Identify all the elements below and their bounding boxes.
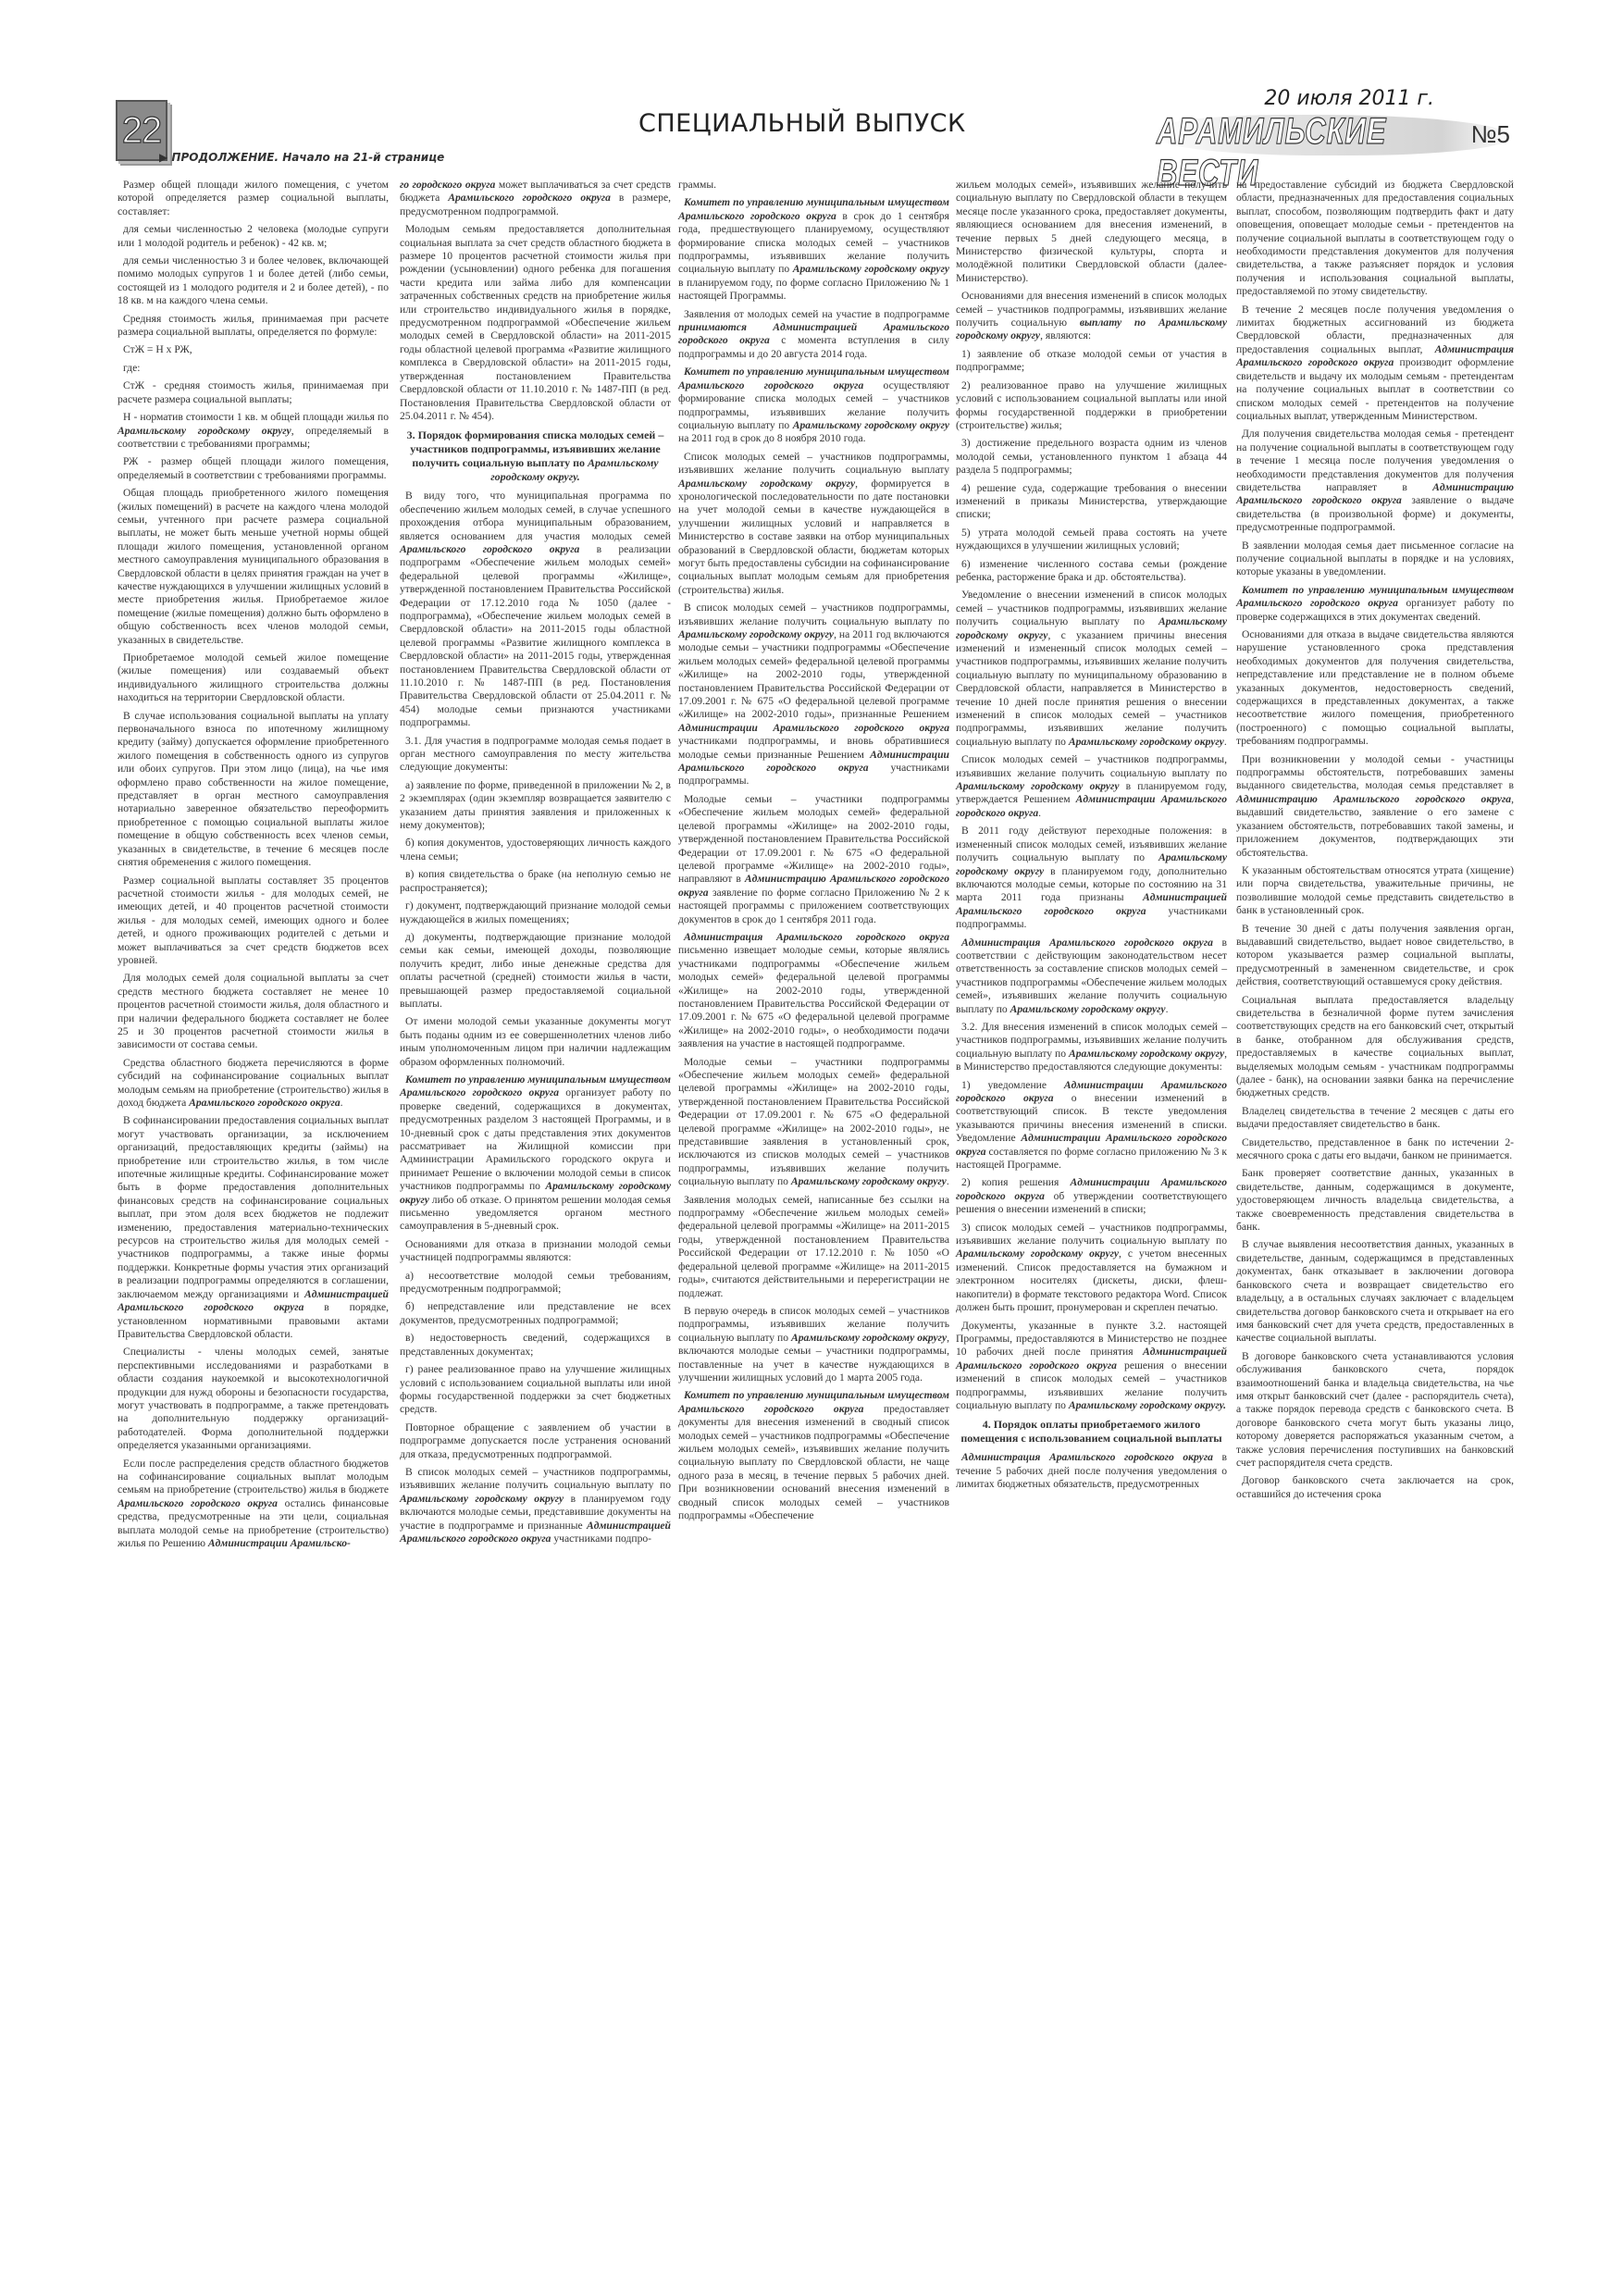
paragraph: 3.1. Для участия в подпрограмме молодая …: [400, 735, 671, 775]
paragraph: 3.2. Для внесения изменений в список мол…: [956, 1021, 1227, 1074]
paragraph: Социальная выплата предоставляется владе…: [1236, 994, 1514, 1100]
paragraph: В список молодых семей – участников подп…: [678, 602, 949, 788]
paragraph: В течение 2 месяцев после получения увед…: [1236, 304, 1514, 424]
paragraph: Комитет по управлению муниципальным имущ…: [1236, 584, 1514, 624]
paragraph: РЖ - размер общей площади жилого помещен…: [118, 455, 389, 482]
paragraph: для семьи численностью 2 человека (молод…: [118, 223, 389, 250]
paragraph: граммы.: [678, 179, 949, 192]
paragraph: Молодые семьи – участники подпрограммы «…: [678, 793, 949, 926]
paragraph: а) несоответствие молодой семьи требован…: [400, 1270, 671, 1297]
paragraph: Комитет по управлению муниципальным имущ…: [678, 1389, 949, 1522]
paragraph: Комитет по управлению муниципальным имущ…: [400, 1074, 671, 1234]
paragraph: го городского округа может выплачиваться…: [400, 179, 671, 218]
paragraph: В случае использования социальной выплат…: [118, 710, 389, 870]
paragraph: Общая площадь приобретенного жилого поме…: [118, 487, 389, 647]
paragraph: Средства областного бюджета перечисляютс…: [118, 1057, 389, 1111]
paragraph: в) копия свидетельства о браке (на непол…: [400, 868, 671, 895]
paragraph: Владелец свидетельства в течение 2 месяц…: [1236, 1105, 1514, 1132]
paragraph: Документы, указанные в пункте 3.2. насто…: [956, 1320, 1227, 1413]
section-title: СПЕЦИАЛЬНЫЙ ВЫПУСК: [638, 109, 966, 138]
paragraph: К указанным обстоятельствам относятся ут…: [1236, 864, 1514, 918]
paragraph: г) документ, подтверждающий признание мо…: [400, 900, 671, 926]
paragraph: От имени молодой семьи указанные докумен…: [400, 1015, 671, 1069]
paragraph: Уведомление о внесении изменений в списо…: [956, 589, 1227, 749]
paragraph: Повторное обращение с заявлением об учас…: [400, 1421, 671, 1461]
paragraph: СтЖ = Н х РЖ,: [118, 343, 389, 356]
paragraph: г) ранее реализованное право на улучшени…: [400, 1363, 671, 1417]
paragraph: Размер общей площади жилого помещения, с…: [118, 179, 389, 218]
paragraph: Приобретаемое молодой семьей жилое помещ…: [118, 652, 389, 705]
paragraph: Н - норматив стоимости 1 кв. м общей пло…: [118, 411, 389, 451]
continuation-text: Начало на 21-й странице: [282, 151, 444, 164]
paragraph: Администрация Арамильского городского ок…: [956, 937, 1227, 1016]
paragraph: 2) реализованное право на улучшение жили…: [956, 379, 1227, 433]
paragraph: 3) список молодых семей – участников под…: [956, 1222, 1227, 1315]
masthead: 20 июля 2011 г. АРАМИЛЬСКИЕ ВЕСТИ №5: [1157, 87, 1518, 161]
paragraph: Комитет по управлению муниципальным имущ…: [678, 366, 949, 445]
paragraph: 2) копия решения Администрации Арамильск…: [956, 1176, 1227, 1216]
paragraph: жильем молодых семей», изъявивших желани…: [956, 179, 1227, 285]
paragraph: Средняя стоимость жилья, принимаемая при…: [118, 313, 389, 340]
text-column-1: Размер общей площади жилого помещения, с…: [118, 179, 389, 1555]
section-heading: 4. Порядок оплаты приобретаемого жилого …: [956, 1418, 1227, 1446]
paragraph: В течение 30 дней с даты получения заявл…: [1236, 923, 1514, 989]
paragraph: а) заявление по форме, приведенной в при…: [400, 779, 671, 833]
text-column-2: го городского округа может выплачиваться…: [400, 179, 671, 1550]
paragraph: Для получения свидетельства молодая семь…: [1236, 428, 1514, 534]
paragraph: б) копия документов, удостоверяющих личн…: [400, 837, 671, 863]
paragraph: в) недостоверность сведений, содержащихс…: [400, 1332, 671, 1359]
paragraph: СтЖ - средняя стоимость жилья, принимаем…: [118, 379, 389, 406]
paragraph: В первую очередь в список молодых семей …: [678, 1305, 949, 1384]
issue-date: 20 июля 2011 г.: [1264, 87, 1434, 110]
text-column-3: граммы.Комитет по управлению муниципальн…: [678, 179, 949, 1527]
continuation-prefix: ▶ ПРОДОЛЖЕНИЕ.: [159, 151, 279, 164]
paragraph: Свидетельство, представленное в банк по …: [1236, 1136, 1514, 1163]
paragraph: Заявления от молодых семей на участие в …: [678, 308, 949, 362]
paragraph: д) документы, подтверждающие признание м…: [400, 931, 671, 1011]
paragraph: Список молодых семей – участников подпро…: [678, 451, 949, 597]
paragraph: где:: [118, 362, 389, 375]
paragraph: 4) решение суда, содержащие требования о…: [956, 482, 1227, 522]
continuation-note: ▶ ПРОДОЛЖЕНИЕ. Начало на 21-й странице: [159, 151, 444, 164]
text-column-4: жильем молодых семей», изъявивших желани…: [956, 179, 1227, 1496]
paragraph: Если после распределения средств областн…: [118, 1458, 389, 1551]
paragraph: В софинансировании предоставления социал…: [118, 1114, 389, 1341]
paragraph: Администрация Арамильского городского ок…: [956, 1451, 1227, 1491]
issue-number: №5: [1471, 120, 1510, 149]
paragraph: Договор банковского счета заключается на…: [1236, 1474, 1514, 1501]
paragraph: Заявления молодых семей, написанные без …: [678, 1194, 949, 1300]
paragraph: В заявлении молодая семья дает письменно…: [1236, 540, 1514, 579]
paragraph: Список молодых семей – участников подпро…: [956, 753, 1227, 820]
paragraph: 6) изменение численного состава семьи (р…: [956, 558, 1227, 585]
paragraph: Размер социальной выплаты составляет 35 …: [118, 875, 389, 968]
paragraph: Молодым семьям предоставляется дополните…: [400, 223, 671, 423]
paragraph: на предоставление субсидий из бюджета Св…: [1236, 179, 1514, 299]
text-column-5: на предоставление субсидий из бюджета Св…: [1236, 179, 1514, 1506]
page-number: 22: [122, 110, 162, 152]
paragraph: 3) достижение предельного возраста одним…: [956, 437, 1227, 477]
paragraph: Основаниями для отказа в выдаче свидетел…: [1236, 628, 1514, 749]
paragraph: В виду того, что муниципальная программа…: [400, 490, 671, 729]
section-heading: 3. Порядок формирования списка молодых с…: [400, 428, 671, 484]
paragraph: Основаниями для внесения изменений в спи…: [956, 290, 1227, 343]
paragraph: Комитет по управлению муниципальным имущ…: [678, 196, 949, 303]
paragraph: Основаниями для отказа в признании молод…: [400, 1238, 671, 1265]
paragraph: б) непредставление или представление не …: [400, 1300, 671, 1327]
paragraph: Для молодых семей доля социальной выплат…: [118, 972, 389, 1051]
paragraph: В договоре банковского счета устанавлива…: [1236, 1350, 1514, 1471]
paragraph: В случае выявления несоответствия данных…: [1236, 1238, 1514, 1345]
paragraph: Банк проверяет соответствие данных, указ…: [1236, 1167, 1514, 1234]
paragraph: для семьи численностью 3 и более человек…: [118, 254, 389, 308]
paragraph: 1) заявление об отказе молодой семьи от …: [956, 348, 1227, 375]
paragraph: Администрация Арамильского городского ок…: [678, 931, 949, 1051]
paragraph: 1) уведомление Администрации Арамильског…: [956, 1079, 1227, 1173]
paragraph: 5) утрата молодой семьей права состоять …: [956, 527, 1227, 553]
paragraph: В 2011 году действуют переходные положен…: [956, 825, 1227, 931]
paragraph: При возникновении у молодой семьи - учас…: [1236, 753, 1514, 860]
paragraph: Специалисты - члены молодых семей, занят…: [118, 1346, 389, 1452]
paragraph: Молодые семьи – участники подпрограммы «…: [678, 1056, 949, 1189]
paragraph: В список молодых семей – участников подп…: [400, 1466, 671, 1545]
